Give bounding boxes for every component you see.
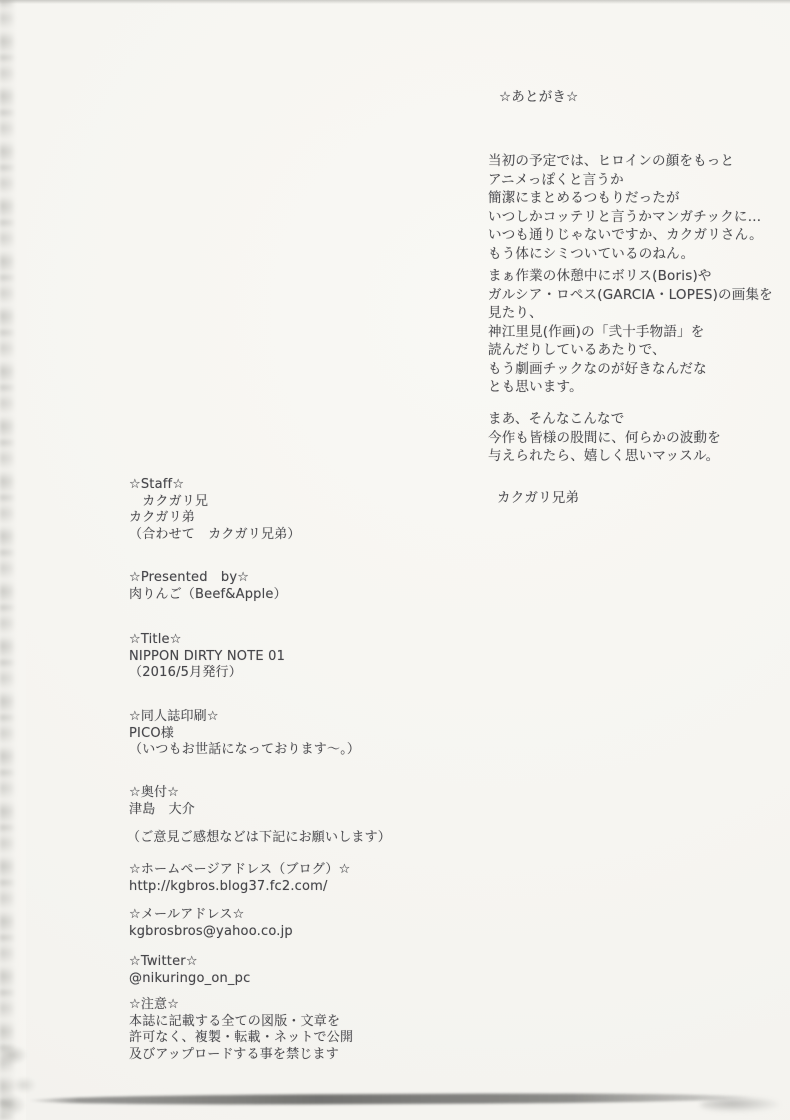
afterword-paragraph-3: まあ、そんなこんなで 今作も皆様の股間に、何らかの波動を 与えられたら、嬉しく思… (488, 410, 721, 466)
notice-body: 本誌に記載する全ての図版・文章を 許可なく、複製・転載・ネットで公開 及びアップ… (129, 1014, 353, 1064)
title-body: NIPPON DIRTY NOTE 01 （2016/5月発行） (129, 649, 285, 682)
section-notice: ☆注意☆ 本誌に記載する全ての図版・文章を 許可なく、複製・転載・ネットで公開 … (129, 997, 353, 1063)
printing-heading: ☆同人誌印刷☆ (129, 709, 360, 726)
feedback-note: （ご意見ご感想などは下記にお願いします） (127, 830, 391, 847)
section-email: ☆メールアドレス☆ kgbrosbros@yahoo.co.jp (129, 907, 293, 940)
section-title: ☆Title☆ NIPPON DIRTY NOTE 01 （2016/5月発行） (129, 632, 285, 682)
homepage-url: http://kgbros.blog37.fc2.com/ (129, 879, 350, 896)
twitter-handle: @nikuringo_on_pc (129, 971, 250, 988)
twitter-heading: ☆Twitter☆ (129, 954, 250, 971)
section-staff: ☆Staff☆ カクガリ兄 カクガリ弟 （合わせて カクガリ兄弟） (129, 477, 301, 543)
afterword-paragraph-2: まぁ作業の休憩中にボリス(Boris)や ガルシア・ロペス(GARCIA・LOP… (488, 267, 773, 397)
presented-by-heading: ☆Presented by☆ (129, 570, 287, 587)
section-printing: ☆同人誌印刷☆ PICO様 （いつもお世話になっております～。） (129, 709, 360, 759)
title-heading: ☆Title☆ (129, 632, 285, 649)
scan-left-edge-fade (0, 0, 26, 1120)
okuzuke-body: 津島 大介 (129, 802, 195, 819)
section-twitter: ☆Twitter☆ @nikuringo_on_pc (129, 954, 250, 987)
section-homepage: ☆ホームページアドレス（ブログ）☆ http://kgbros.blog37.f… (129, 862, 350, 895)
staff-heading: ☆Staff☆ (129, 477, 301, 494)
homepage-heading: ☆ホームページアドレス（ブログ）☆ (129, 862, 350, 879)
staff-body: カクガリ兄 カクガリ弟 （合わせて カクガリ兄弟） (129, 494, 301, 544)
afterword-paragraph-1: 当初の予定では、ヒロインの顔をもっと アニメっぽくと言うか 簡潔にまとめるつもり… (488, 152, 763, 263)
page-bottom-edge-shadow (28, 1092, 754, 1105)
scan-top-edge-shadow (0, 0, 790, 4)
section-presented-by: ☆Presented by☆ 肉りんご（Beef&Apple） (129, 570, 287, 603)
printing-body: PICO様 （いつもお世話になっております～。） (129, 726, 360, 759)
presented-by-body: 肉りんご（Beef&Apple） (129, 587, 287, 604)
afterword-signature: カクガリ兄弟 (497, 489, 579, 508)
notice-heading: ☆注意☆ (129, 997, 353, 1014)
page-bottom-shadow-tail (700, 1098, 780, 1112)
email-address: kgbrosbros@yahoo.co.jp (129, 924, 293, 941)
scan-corner-texture (0, 1035, 60, 1120)
section-okuzuke: ☆奥付☆ 津島 大介 (129, 785, 195, 818)
scanned-page: ☆あとがき☆ 当初の予定では、ヒロインの顔をもっと アニメっぽくと言うか 簡潔に… (0, 0, 790, 1120)
okuzuke-heading: ☆奥付☆ (129, 785, 195, 802)
email-heading: ☆メールアドレス☆ (129, 907, 293, 924)
afterword-heading: ☆あとがき☆ (499, 88, 578, 107)
